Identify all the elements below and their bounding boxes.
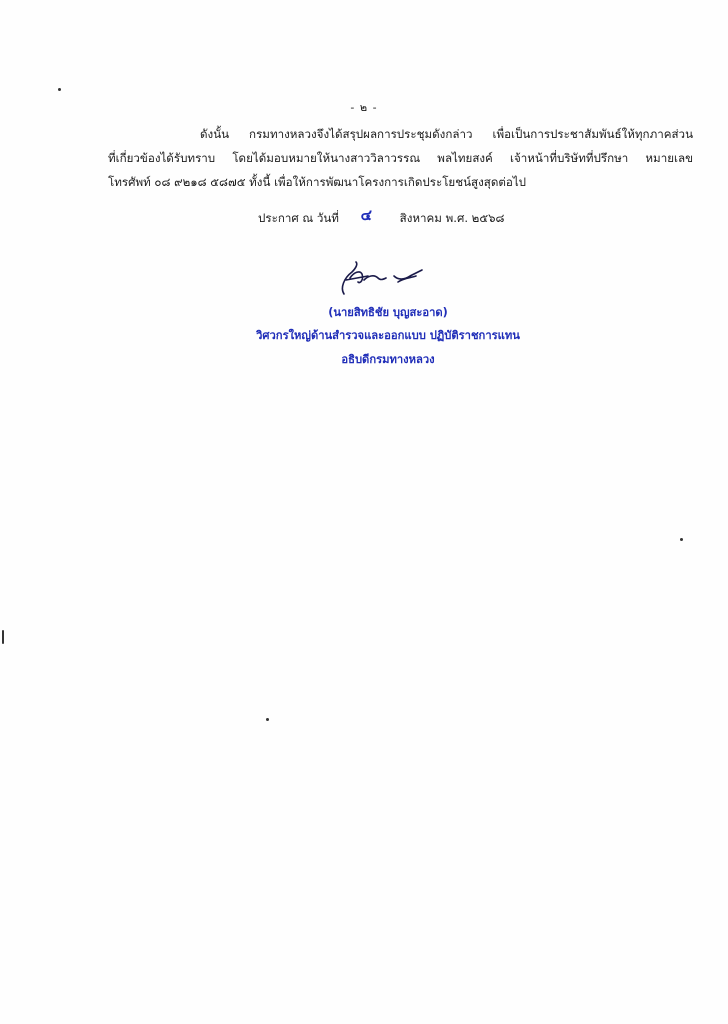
signatory-organization: อธิบดีกรมทางหลวง [24,350,728,368]
announcement-month-year: สิงหาคม พ.ศ. ๒๕๖๘ [400,211,505,225]
document-page: - ๒ - ดังนั้น กรมทางหลวงจึงได้สรุปผลการป… [0,0,728,1024]
signatory-name: (นายสิทธิชัย บุญสะอาด) [24,303,728,321]
scan-edge-mark [2,630,4,644]
paragraph-line: ที่เกี่ยวข้องได้รับทราบ โดยได้มอบหมายให้… [108,146,693,170]
scan-speck [266,718,269,721]
paragraph-line: ดังนั้น กรมทางหลวงจึงได้สรุปผลการประชุมด… [108,122,693,146]
announcement-prefix: ประกาศ ณ วันที่ [258,211,339,225]
scan-speck [680,538,683,541]
paragraph-line: โทรศัพท์ ๐๘ ๙๒๑๘ ๕๘๗๕ ทั้งนี้ เพื่อให้กา… [108,170,693,194]
announcement-day: ๔ [361,203,372,227]
scan-speck [58,88,61,91]
page-number: - ๒ - [0,98,728,116]
signatory-position: วิศวกรใหญ่ด้านสำรวจและออกแบบ ปฏิบัติราชก… [24,326,728,344]
handwritten-signature-icon [338,258,428,298]
announcement-date: ประกาศ ณ วันที่ ๔ สิงหาคม พ.ศ. ๒๕๖๘ [258,205,504,229]
body-paragraph: ดังนั้น กรมทางหลวงจึงได้สรุปผลการประชุมด… [108,122,693,194]
